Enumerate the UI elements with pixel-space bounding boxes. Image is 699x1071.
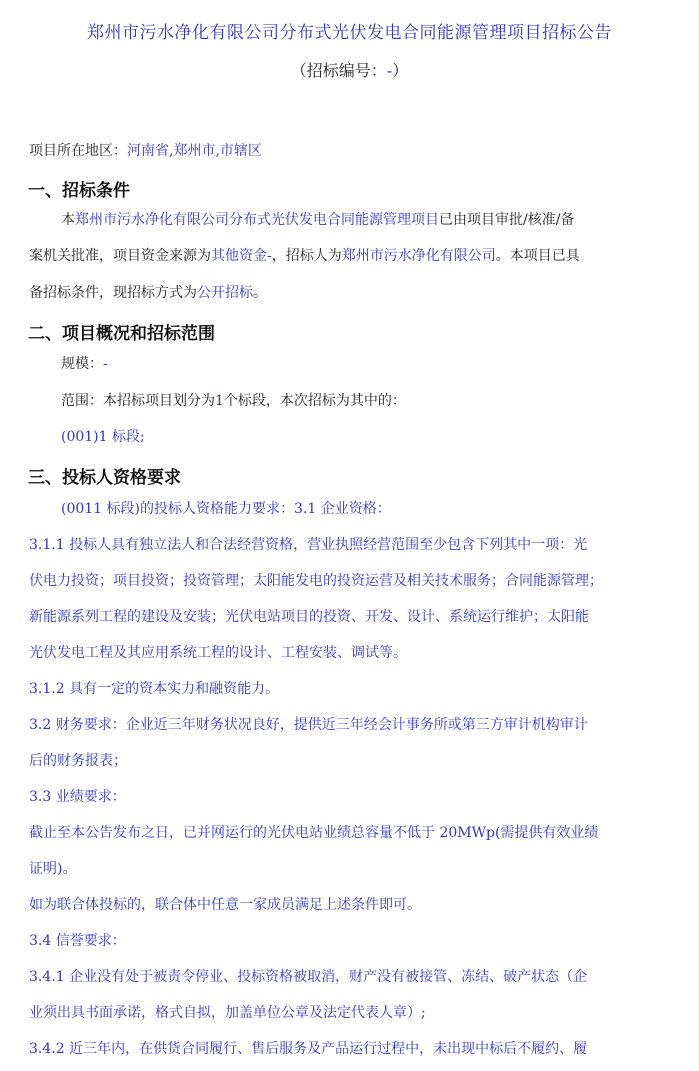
highlighted-text: 光伏发电工程及其应用系统工程的设计、工程安装、调试等。 <box>29 645 407 661</box>
paragraph-line: 3.2 财务要求：企业近三年财务状况良好，提供近三年经会计事务所或第三方审计机构… <box>29 715 588 735</box>
body-text: 个标段，本次招标为其中的： <box>224 393 406 409</box>
highlighted-text: 后的财务报表； <box>29 753 127 769</box>
body-text: 范围：本招标项目划分为 <box>61 393 215 409</box>
highlighted-text: 其他资金- <box>211 248 272 264</box>
highlighted-text: 郑州市污水净化有限公司 <box>342 248 496 264</box>
body-text: 已由项目审批/核准/备 <box>439 212 574 228</box>
paragraph-line: 后的财务报表； <box>29 751 127 771</box>
highlighted-text: 3.4 信誉要求： <box>29 933 126 949</box>
section-heading: 二、项目概况和招标范围 <box>28 319 215 344</box>
tender-announcement-page: 郑州市污水净化有限公司分布式光伏发电合同能源管理项目招标公告 （招标编号：-） … <box>0 0 699 1071</box>
paragraph-line: 规模：- <box>61 354 108 374</box>
paragraph-line: 范围：本招标项目划分为1个标段，本次招标为其中的： <box>61 391 406 411</box>
paragraph-line: 3.4 信誉要求： <box>29 931 126 951</box>
highlighted-text: 伏电力投资；项目投资；投资管理；太阳能发电的投资运营及相关技术服务；合同能源管理… <box>29 573 603 589</box>
paragraph-line: 3.1.1 投标人具有独立法人和合法经营资格，营业执照经营范围至少包含下列其中一… <box>29 535 587 555</box>
body-text: 本 <box>61 212 75 228</box>
paragraph-line: 本郑州市污水净化有限公司分布式光伏发电合同能源管理项目已由项目审批/核准/备 <box>61 210 574 230</box>
paragraph-line: 3.4.1 企业没有处于被责令停业、投标资格被取消，财产没有被接管、冻结、破产状… <box>29 967 587 987</box>
paragraph-line: 3.3 业绩要求： <box>29 787 126 807</box>
document-title: 郑州市污水净化有限公司分布式光伏发电合同能源管理项目招标公告 <box>0 18 699 43</box>
body-text: 案机关批准，项目资金来源为 <box>29 248 211 264</box>
highlighted-text: (001)1 标段; <box>61 429 145 445</box>
paragraph-line: 如为联合体投标的，联合体中任意一家成员满足上述条件即可。 <box>29 895 421 915</box>
highlighted-text: 证明)。 <box>29 861 76 877</box>
tender-number-prefix: （招标编号： <box>291 61 387 80</box>
paragraph-line: 光伏发电工程及其应用系统工程的设计、工程安装、调试等。 <box>29 643 407 663</box>
paragraph-line: 新能源系列工程的建设及安装；光伏电站项目的投资、开发、设计、系统运行维护；太阳能 <box>29 607 589 627</box>
tender-number-suffix: ） <box>392 61 408 80</box>
highlighted-text: 3.1.1 投标人具有独立法人和合法经营资格，营业执照经营范围至少包含下列其中一… <box>29 537 587 553</box>
body-text: ，招标人为 <box>272 248 342 264</box>
highlighted-text: 3.3 业绩要求： <box>29 789 126 805</box>
body-text: 备招标条件，现招标方式为 <box>29 285 197 301</box>
project-region: 项目所在地区：河南省,郑州市,市辖区 <box>29 141 262 161</box>
paragraph-line: 伏电力投资；项目投资；投资管理；太阳能发电的投资运营及相关技术服务；合同能源管理… <box>29 571 603 591</box>
body-text: 。 <box>253 285 267 301</box>
highlighted-text: 3.2 财务要求：企业近三年财务状况良好，提供近三年经会计事务所或第三方审计机构… <box>29 717 588 733</box>
highlighted-text: 3.4.1 企业没有处于被责令停业、投标资格被取消，财产没有被接管、冻结、破产状… <box>29 969 587 985</box>
paragraph-line: 案机关批准，项目资金来源为其他资金-，招标人为郑州市污水净化有限公司。本项目已具 <box>29 246 580 266</box>
paragraph-line: (0011 标段)的投标人资格能力要求：3.1 企业资格： <box>61 499 391 519</box>
highlighted-text: 如为联合体投标的，联合体中任意一家成员满足上述条件即可。 <box>29 897 421 913</box>
paragraph-line: 截止至本公告发布之日，已并网运行的光伏电站业绩总容量不低于 20MWp(需提供有… <box>29 823 598 843</box>
highlighted-text: 公开招标 <box>197 285 253 301</box>
paragraph-line: 3.4.2 近三年内，在供货合同履行、售后服务及产品运行过程中，未出现中标后不履… <box>29 1039 587 1059</box>
highlighted-text: - <box>103 356 108 372</box>
body-text: 规模： <box>61 356 103 372</box>
paragraph-line: 业须出具书面承诺，格式自拟，加盖单位公章及法定代表人章）; <box>29 1003 426 1023</box>
highlighted-text: 新能源系列工程的建设及安装；光伏电站项目的投资、开发、设计、系统运行维护；太阳能 <box>29 609 589 625</box>
highlighted-text: 1 <box>215 393 224 409</box>
section-heading: 三、投标人资格要求 <box>28 463 181 488</box>
highlighted-text: 业须出具书面承诺，格式自拟，加盖单位公章及法定代表人章）; <box>29 1005 426 1021</box>
body-text: 。本项目已具 <box>496 248 580 264</box>
highlighted-text: (0011 标段)的投标人资格能力要求：3.1 企业资格： <box>61 501 391 517</box>
paragraph-line: 备招标条件，现招标方式为公开招标。 <box>29 283 267 303</box>
highlighted-text: 3.4.2 近三年内，在供货合同履行、售后服务及产品运行过程中，未出现中标后不履… <box>29 1041 587 1057</box>
paragraph-line: (001)1 标段; <box>61 427 145 447</box>
tender-number: （招标编号：-） <box>0 58 699 81</box>
highlighted-text: 郑州市污水净化有限公司分布式光伏发电合同能源管理项目 <box>75 212 439 228</box>
region-label: 项目所在地区： <box>29 143 127 159</box>
highlighted-text: 3.1.2 具有一定的资本实力和融资能力。 <box>29 681 279 697</box>
region-value: 河南省,郑州市,市辖区 <box>127 143 262 159</box>
paragraph-line: 3.1.2 具有一定的资本实力和融资能力。 <box>29 679 279 699</box>
highlighted-text: 截止至本公告发布之日，已并网运行的光伏电站业绩总容量不低于 20MWp(需提供有… <box>29 825 598 841</box>
section-heading: 一、招标条件 <box>28 176 130 201</box>
paragraph-line: 证明)。 <box>29 859 76 879</box>
